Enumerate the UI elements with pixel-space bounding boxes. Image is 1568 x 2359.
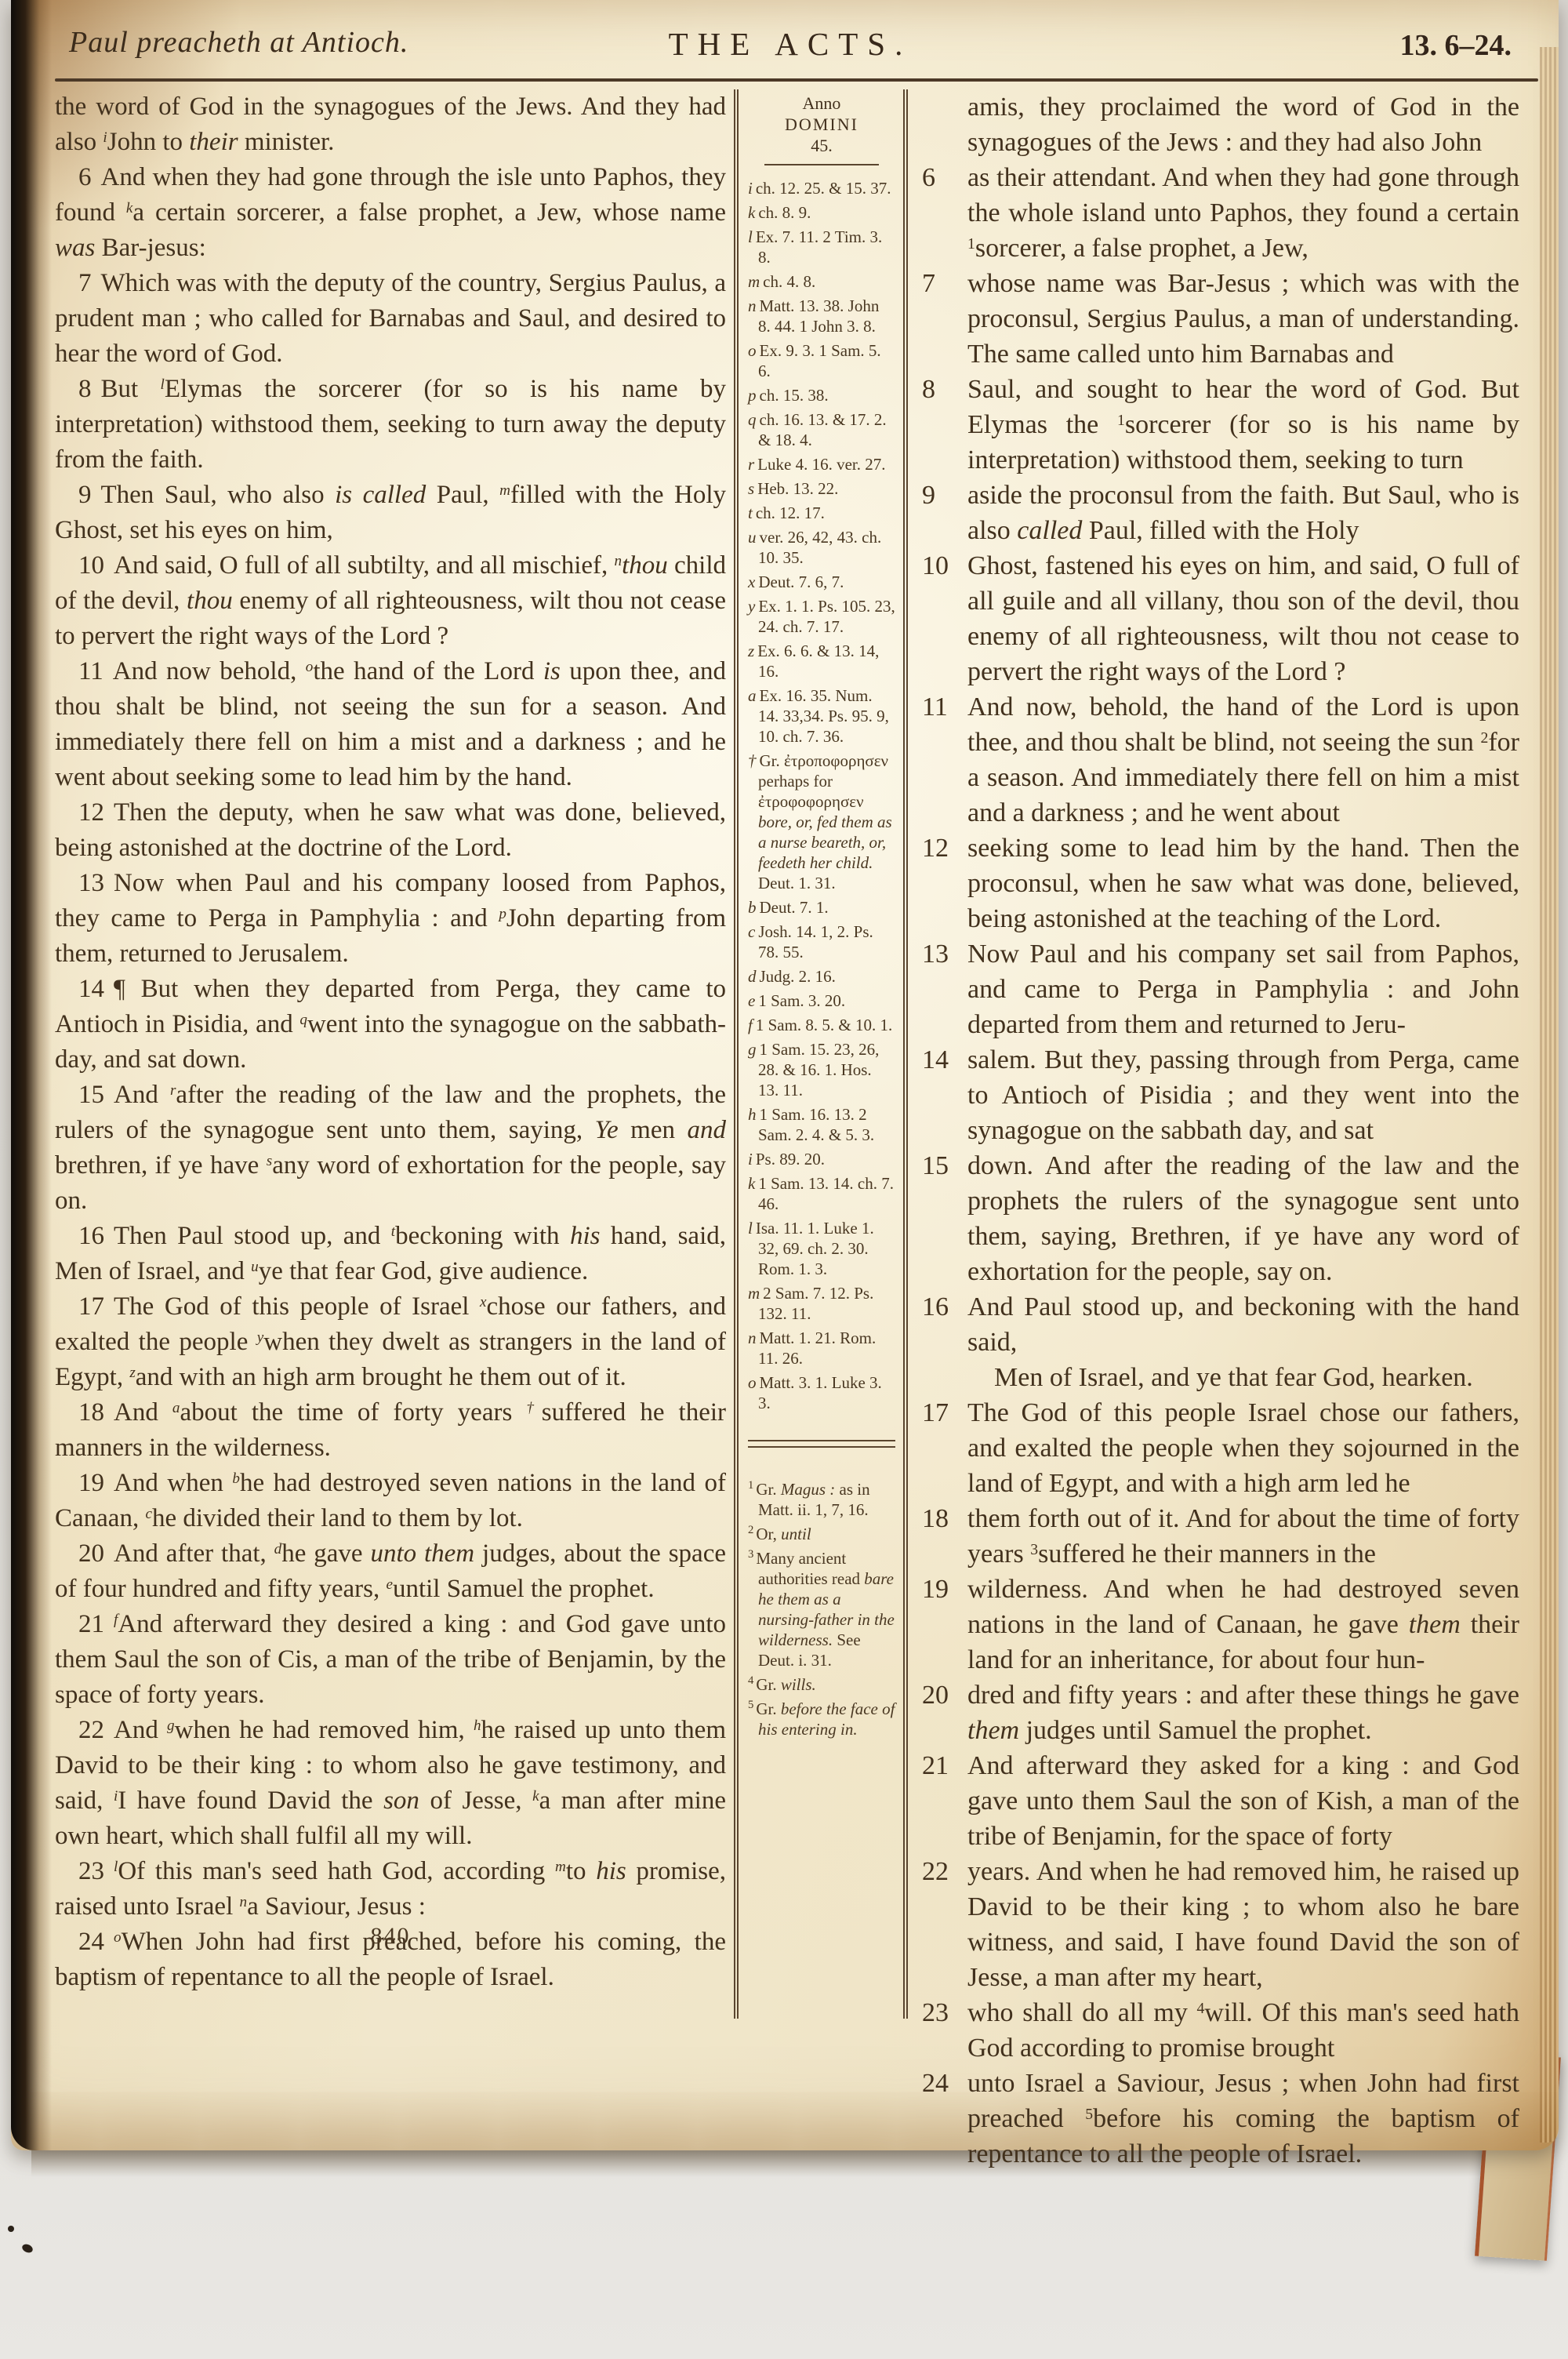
reference-letter: l xyxy=(748,227,756,246)
page-content: the word of God in the synagogues of the… xyxy=(55,89,1519,2172)
rv-verse: 17The God of this people Israel chose ou… xyxy=(920,1395,1519,1501)
reference-letter: t xyxy=(748,503,756,522)
reference-mark: t xyxy=(391,1223,395,1240)
reference-text: Ex. 7. 11. 2 Tim. 3. 8. xyxy=(756,227,882,267)
cross-reference-entry: oMatt. 3. 1. Luke 3. 3. xyxy=(748,1372,895,1413)
verse-text: aside the proconsul from the faith. But … xyxy=(967,481,1519,545)
verse-number: 19 xyxy=(78,1469,114,1497)
reference-mark: 3 xyxy=(1030,1541,1038,1558)
reference-text: ch. 4. 8. xyxy=(763,272,815,291)
reference-text: 1 Sam. 8. 5. & 10. 1. xyxy=(756,1016,892,1034)
reference-text: Deut. 7. 6, 7. xyxy=(758,572,844,591)
verse-number: 8 xyxy=(920,372,963,407)
verse-text: ¶ But when they departed from Perga, the… xyxy=(55,975,726,1074)
cross-reference-entry: m2 Sam. 7. 12. Ps. 132. 11. xyxy=(748,1283,895,1324)
rv-verse: 6as their attendant. And when they had g… xyxy=(920,160,1519,266)
verse-text: lOf this man's seed hath God, according … xyxy=(55,1857,726,1921)
verse-number: 17 xyxy=(78,1292,114,1321)
verse-number: 16 xyxy=(78,1222,114,1250)
verse-number: 23 xyxy=(78,1857,114,1885)
kjv-verse: the word of God in the synagogues of the… xyxy=(55,89,726,160)
reference-text: ch. 12. 25. & 15. 37. xyxy=(756,179,891,198)
cross-reference-entry: uver. 26, 42, 43. ch. 10. 35. xyxy=(748,527,895,568)
reference-letter: z xyxy=(748,642,757,660)
reference-mark: q xyxy=(299,1012,307,1028)
reference-mark: 1 xyxy=(967,235,975,253)
kjv-verse: 21fAnd afterward they desired a king : a… xyxy=(55,1607,726,1713)
kjv-verse: 13Now when Paul and his company loosed f… xyxy=(55,866,726,972)
verse-text: And rafter the reading of the law and th… xyxy=(55,1081,726,1215)
anno-domini-heading: Anno DOMINI 45. xyxy=(748,93,895,156)
reference-letter: 2 xyxy=(748,1524,756,1536)
footnote-entry: 5Gr. before the face of his entering in. xyxy=(748,1699,895,1739)
reference-letter: f xyxy=(748,1016,756,1034)
reference-letter: p xyxy=(748,386,760,405)
verse-text: as their attendant. And when they had go… xyxy=(967,163,1519,263)
verse-number: 18 xyxy=(78,1398,114,1427)
rv-verse: 9aside the proconsul from the faith. But… xyxy=(920,478,1519,548)
reference-letter: d xyxy=(748,967,760,986)
rv-verse: 14salem. But they, passing through from … xyxy=(920,1042,1519,1148)
cross-reference-entry: xDeut. 7. 6, 7. xyxy=(748,572,895,592)
verse-number: 22 xyxy=(78,1716,114,1744)
reference-letter: r xyxy=(748,455,757,474)
anno-rule xyxy=(764,164,880,165)
kjv-verse: 19And when bhe had destroyed seven natio… xyxy=(55,1466,726,1536)
reference-letter: u xyxy=(748,528,760,547)
reference-letter: m xyxy=(748,1284,763,1303)
kjv-verse: 11And now behold, othe hand of the Lord … xyxy=(55,654,726,795)
reference-letter: 1 xyxy=(748,1479,756,1492)
cross-reference-entry: zEx. 6. 6. & 13. 14, 16. xyxy=(748,641,895,682)
cross-reference-entry: pch. 15. 38. xyxy=(748,385,895,405)
running-header: Paul preacheth at Antioch. THE ACTS. 13.… xyxy=(69,25,1512,74)
book-page: Paul preacheth at Antioch. THE ACTS. 13.… xyxy=(11,0,1559,2150)
rv-verse: 19wilderness. And when he had destroyed … xyxy=(920,1572,1519,1677)
reference-text: Gr. before the face of his entering in. xyxy=(756,1699,895,1739)
verse-text: years. And when he had removed him, he r… xyxy=(967,1857,1519,1992)
reference-text: Gr. Magus : as in Matt. ii. 1, 7, 16. xyxy=(756,1480,869,1519)
rv-text-column: amis, they proclaimed the word of God in… xyxy=(920,89,1519,2172)
cross-reference-entry: sHeb. 13. 22. xyxy=(748,478,895,499)
reference-letter: q xyxy=(748,410,760,429)
kjv-verse: 10And said, O full of all subtilty, and … xyxy=(55,548,726,654)
reference-mark: 5 xyxy=(1085,2106,1093,2123)
reference-mark: l xyxy=(161,376,165,393)
cross-reference-entry: nMatt. 13. 38. John 8. 44. 1 John 3. 8. xyxy=(748,296,895,336)
kjv-verse: 18And aabout the time of forty years †su… xyxy=(55,1395,726,1466)
reference-mark: g xyxy=(167,1717,175,1734)
verse-number: 6 xyxy=(920,160,963,195)
rv-verse: 13Now Paul and his company set sail from… xyxy=(920,936,1519,1042)
verse-number: 21 xyxy=(78,1610,114,1638)
reference-letter: n xyxy=(748,296,760,315)
verse-text: Ghost, fastened his eyes on him, and sai… xyxy=(967,551,1519,686)
rv-verse: 20dred and fifty years : and after these… xyxy=(920,1677,1519,1748)
cross-reference-entry: lEx. 7. 11. 2 Tim. 3. 8. xyxy=(748,227,895,267)
reference-mark: p xyxy=(499,906,506,922)
verse-text: And when bhe had destroyed seven nations… xyxy=(55,1469,726,1532)
verse-text: wilderness. And when he had destroyed se… xyxy=(967,1575,1519,1674)
reference-mark: l xyxy=(114,1859,118,1875)
reference-letter: b xyxy=(748,898,760,917)
reference-text: Many ancient authorities read bare he th… xyxy=(756,1549,894,1670)
cross-reference-entry: rLuke 4. 16. ver. 27. xyxy=(748,454,895,474)
debris-speck xyxy=(21,2243,34,2255)
reference-letter: e xyxy=(748,991,758,1010)
reference-letter: i xyxy=(748,179,756,198)
reference-letter: h xyxy=(748,1105,760,1124)
verse-number: 7 xyxy=(78,269,101,297)
reference-divider xyxy=(748,1440,895,1448)
reference-text: Gr. ἐτροποφορησεν perhaps for ἐτροφοφορη… xyxy=(758,751,892,892)
reference-text: Matt. 1. 21. Rom. 11. 26. xyxy=(758,1329,876,1368)
verse-number: 21 xyxy=(920,1748,963,1783)
reference-mark: m xyxy=(555,1859,566,1875)
reference-mark: a xyxy=(172,1400,180,1416)
cross-reference-entry: h1 Sam. 16. 13. 2 Sam. 2. 4. & 5. 3. xyxy=(748,1104,895,1145)
verse-text: And aabout the time of forty years †suff… xyxy=(55,1398,726,1462)
rv-verse: 22years. And when he had removed him, he… xyxy=(920,1854,1519,1995)
cross-reference-entry: k1 Sam. 13. 14. ch. 7. 46. xyxy=(748,1173,895,1214)
verse-number: 7 xyxy=(920,266,963,301)
reference-letter: k xyxy=(748,203,758,222)
rv-verse: 18them forth out of it. And for about th… xyxy=(920,1501,1519,1572)
anno-line: 45. xyxy=(748,135,895,156)
cross-reference-entry: cJosh. 14. 1, 2. Ps. 78. 55. xyxy=(748,921,895,962)
rv-verse: Men of Israel, and ye that fear God, hea… xyxy=(920,1360,1519,1395)
reference-mark: † xyxy=(526,1400,541,1416)
verse-text: Now when Paul and his company loosed fro… xyxy=(55,869,726,968)
rv-footnotes: 1Gr. Magus : as in Matt. ii. 1, 7, 16.2O… xyxy=(748,1479,895,1739)
verse-text: seeking some to lead him by the hand. Th… xyxy=(967,834,1519,933)
kjv-verse: 15And rafter the reading of the law and … xyxy=(55,1078,726,1219)
verse-text: Men of Israel, and ye that fear God, hea… xyxy=(994,1363,1473,1392)
verse-text: Saul, and sought to hear the word of God… xyxy=(967,375,1519,474)
cross-reference-entry: ich. 12. 25. & 15. 37. xyxy=(748,178,895,198)
verse-number: 20 xyxy=(78,1539,114,1568)
verse-number: 9 xyxy=(78,481,101,509)
footnote-entry: 3Many ancient authorities read bare he t… xyxy=(748,1548,895,1670)
reference-mark: r xyxy=(170,1082,176,1099)
reference-text: 2 Sam. 7. 12. Ps. 132. 11. xyxy=(758,1284,873,1323)
verse-text: whose name was Bar-Jesus ; which was wit… xyxy=(967,269,1519,369)
reference-text: Ex. 16. 35. Num. 14. 33,34. Ps. 95. 9, 1… xyxy=(758,686,889,746)
verse-text: And said, O full of all subtilty, and al… xyxy=(55,551,726,650)
reference-mark: 4 xyxy=(1197,2000,1205,2017)
kjv-verse: 17The God of this people of Israel xchos… xyxy=(55,1289,726,1395)
reference-text: Judg. 2. 16. xyxy=(760,967,836,986)
verse-number: 9 xyxy=(920,478,963,513)
reference-text: ch. 16. 13. & 17. 2. & 18. 4. xyxy=(758,410,887,449)
cross-reference-entry: oEx. 9. 3. 1 Sam. 5. 6. xyxy=(748,340,895,381)
reference-mark: n xyxy=(615,553,622,569)
verse-number: 20 xyxy=(920,1677,963,1713)
reference-text: Matt. 3. 1. Luke 3. 3. xyxy=(758,1373,882,1412)
reference-text: 1 Sam. 13. 14. ch. 7. 46. xyxy=(758,1174,894,1213)
cross-reference-entry: g1 Sam. 15. 23, 26, 28. & 16. 1. Hos. 13… xyxy=(748,1039,895,1100)
verse-number: 13 xyxy=(920,936,963,972)
reference-mark: 2 xyxy=(1480,729,1488,747)
reference-letter: o xyxy=(748,1373,760,1392)
cross-reference-entry: bDeut. 7. 1. xyxy=(748,897,895,918)
verse-text: fAnd afterward they desired a king : and… xyxy=(55,1610,726,1709)
cross-reference-entry: yEx. 1. 1. Ps. 105. 23, 24. ch. 7. 17. xyxy=(748,596,895,637)
reference-text: 1 Sam. 15. 23, 26, 28. & 16. 1. Hos. 13.… xyxy=(758,1040,879,1100)
reference-mark: b xyxy=(232,1470,240,1487)
anno-line: Anno xyxy=(748,93,895,114)
reference-letter: 3 xyxy=(748,1548,756,1561)
reference-text: ch. 12. 17. xyxy=(756,503,825,522)
reference-mark: i xyxy=(103,129,107,146)
rv-verse: 12seeking some to lead him by the hand. … xyxy=(920,831,1519,936)
verse-number: 18 xyxy=(920,1501,963,1536)
verse-text: The God of this people of Israel xchose … xyxy=(55,1292,726,1391)
reference-text: Ps. 89. 20. xyxy=(756,1150,825,1169)
reference-mark: i xyxy=(114,1788,118,1805)
reference-mark: z xyxy=(129,1365,135,1381)
reference-text: Heb. 13. 22. xyxy=(757,479,838,498)
cross-reference-entry: aEx. 16. 35. Num. 14. 33,34. Ps. 95. 9, … xyxy=(748,685,895,747)
verse-number: 22 xyxy=(920,1854,963,1889)
kjv-verse: 9Then Saul, who also is called Paul, mfi… xyxy=(55,478,726,548)
verse-number: 15 xyxy=(78,1081,114,1109)
cross-reference-entry: qch. 16. 13. & 17. 2. & 18. 4. xyxy=(748,409,895,450)
reference-text: Ex. 1. 1. Ps. 105. 23, 24. ch. 7. 17. xyxy=(758,597,895,636)
reference-mark: s xyxy=(267,1153,272,1169)
verse-text: amis, they proclaimed the word of God in… xyxy=(967,93,1519,157)
reference-mark: x xyxy=(480,1294,487,1310)
reference-text: Isa. 11. 1. Luke 1. 32, 69. ch. 2. 30. R… xyxy=(756,1219,874,1278)
reference-mark: k xyxy=(532,1788,539,1805)
reference-text: 1 Sam. 16. 13. 2 Sam. 2. 4. & 5. 3. xyxy=(758,1105,874,1144)
cross-references: ich. 12. 25. & 15. 37.kch. 8. 9.lEx. 7. … xyxy=(748,178,895,1413)
verse-text: And now behold, othe hand of the Lord is… xyxy=(55,657,726,791)
rv-verse: 8Saul, and sought to hear the word of Go… xyxy=(920,372,1519,478)
verse-number: 14 xyxy=(78,975,114,1003)
verse-number: 8 xyxy=(78,375,101,403)
verse-text: Then the deputy, when he saw what was do… xyxy=(55,798,726,862)
reference-letter: s xyxy=(748,479,757,498)
verse-number: 13 xyxy=(78,869,114,897)
footnote-entry: 2Or, until xyxy=(748,1524,895,1544)
page-number: 840 xyxy=(55,1923,726,1950)
reference-text: Or, until xyxy=(756,1525,811,1543)
verse-number: 10 xyxy=(78,551,114,580)
reference-column: Anno DOMINI 45. ich. 12. 25. & 15. 37.kc… xyxy=(734,89,908,2019)
cross-reference-entry: †Gr. ἐτροποφορησεν perhaps for ἐτροφοφορ… xyxy=(748,751,895,893)
reference-text: Matt. 13. 38. John 8. 44. 1 John 3. 8. xyxy=(758,296,879,336)
reference-text: Gr. wills. xyxy=(756,1675,815,1694)
anno-line: DOMINI xyxy=(748,114,895,135)
reference-letter: 4 xyxy=(748,1674,756,1687)
kjv-verse: 22And gwhen he had removed him, hhe rais… xyxy=(55,1713,726,1854)
kjv-verse: 23lOf this man's seed hath God, accordin… xyxy=(55,1854,726,1925)
kjv-verse: 14¶ But when they departed from Perga, t… xyxy=(55,972,726,1078)
cross-reference-entry: dJudg. 2. 16. xyxy=(748,966,895,987)
rv-verse: 16And Paul stood up, and beckoning with … xyxy=(920,1289,1519,1360)
reference-letter: c xyxy=(748,922,758,941)
reference-text: 1 Sam. 3. 20. xyxy=(758,991,845,1010)
chapter-verse-range: 13. 6–24. xyxy=(1400,28,1512,63)
reference-letter: y xyxy=(748,597,758,616)
verse-number: 14 xyxy=(920,1042,963,1078)
verse-text: down. And after the reading of the law a… xyxy=(967,1151,1519,1286)
rv-verse: amis, they proclaimed the word of God in… xyxy=(920,89,1519,160)
reference-text: Luke 4. 16. ver. 27. xyxy=(757,455,885,474)
verse-number: 15 xyxy=(920,1148,963,1183)
verse-text: And gwhen he had removed him, hhe raised… xyxy=(55,1716,726,1850)
cross-reference-entry: f1 Sam. 8. 5. & 10. 1. xyxy=(748,1015,895,1035)
rv-verse: 24unto Israel a Saviour, Jesus ; when Jo… xyxy=(920,2066,1519,2172)
reference-letter: x xyxy=(748,572,758,591)
reference-letter: a xyxy=(748,686,760,705)
verse-number: 19 xyxy=(920,1572,963,1607)
verse-text: And Paul stood up, and beckoning with th… xyxy=(967,1292,1519,1357)
rv-verse: 7whose name was Bar-Jesus ; which was wi… xyxy=(920,266,1519,372)
verse-number: 12 xyxy=(78,798,114,827)
kjv-verse: 7Which was with the deputy of the countr… xyxy=(55,266,726,372)
verse-text: Then Saul, who also is called Paul, mfil… xyxy=(55,481,726,544)
verse-number: 10 xyxy=(920,548,963,583)
verse-text: salem. But they, passing through from Pe… xyxy=(967,1045,1519,1145)
kjv-verse: 12Then the deputy, when he saw what was … xyxy=(55,795,726,866)
reference-letter: n xyxy=(748,1329,760,1347)
verse-number: 17 xyxy=(920,1395,963,1430)
reference-mark: f xyxy=(114,1612,118,1628)
verse-text: The God of this people Israel chose our … xyxy=(967,1398,1519,1498)
verse-text: Now Paul and his company set sail from P… xyxy=(967,940,1519,1039)
reference-letter: † xyxy=(748,751,760,770)
verse-text: And now, behold, the hand of the Lord is… xyxy=(967,692,1519,827)
verse-number: 11 xyxy=(920,689,963,725)
reference-text: ch. 8. 9. xyxy=(758,203,811,222)
reference-mark: u xyxy=(251,1259,259,1275)
reference-mark: o xyxy=(306,659,314,675)
book-spine-shadow xyxy=(11,0,52,2150)
verse-text: And after that, dhe gave unto them judge… xyxy=(55,1539,726,1603)
rv-verse: 15down. And after the reading of the law… xyxy=(920,1148,1519,1289)
reference-mark: e xyxy=(386,1576,393,1593)
book-title: THE ACTS. xyxy=(69,25,1512,63)
verse-text: Then Paul stood up, and tbeckoning with … xyxy=(55,1222,726,1285)
reference-mark: d xyxy=(274,1541,282,1558)
verse-number: 16 xyxy=(920,1289,963,1325)
reference-text: Deut. 7. 1. xyxy=(760,898,829,917)
verse-text: And when they had gone through the isle … xyxy=(55,163,726,262)
verse-text: And afterward they asked for a king : an… xyxy=(967,1751,1519,1851)
footnote-entry: 4Gr. wills. xyxy=(748,1674,895,1695)
footnote-entry: 1Gr. Magus : as in Matt. ii. 1, 7, 16. xyxy=(748,1479,895,1520)
rv-verse: 10Ghost, fastened his eyes on him, and s… xyxy=(920,548,1519,689)
reference-mark: 1 xyxy=(1117,412,1125,429)
reference-letter: i xyxy=(748,1150,756,1169)
verse-text: them forth out of it. And for about the … xyxy=(967,1504,1519,1568)
page-stack-edge xyxy=(1540,47,1559,2143)
cross-reference-entry: iPs. 89. 20. xyxy=(748,1149,895,1169)
verse-number: 24 xyxy=(920,2066,963,2101)
reference-text: Ex. 9. 3. 1 Sam. 5. 6. xyxy=(758,341,881,380)
header-rule xyxy=(55,78,1538,82)
verse-text: But lElymas the sorcerer (for so is his … xyxy=(55,375,726,474)
reference-mark: c xyxy=(145,1506,152,1522)
verse-text: the word of God in the synagogues of the… xyxy=(55,93,726,156)
verse-number: 23 xyxy=(920,1995,963,2030)
reference-mark: h xyxy=(474,1717,481,1734)
verse-text: Which was with the deputy of the country… xyxy=(55,269,726,368)
kjv-verse: 20And after that, dhe gave unto them jud… xyxy=(55,1536,726,1607)
verse-number: 11 xyxy=(78,657,113,685)
reference-text: Josh. 14. 1, 2. Ps. 78. 55. xyxy=(758,922,873,961)
rv-verse: 11And now, behold, the hand of the Lord … xyxy=(920,689,1519,831)
cross-reference-entry: mch. 4. 8. xyxy=(748,271,895,292)
reference-text: ver. 26, 42, 43. ch. 10. 35. xyxy=(758,528,881,567)
debris-speck xyxy=(8,2226,14,2232)
kjv-text-column: the word of God in the synagogues of the… xyxy=(55,89,726,2172)
cross-reference-entry: nMatt. 1. 21. Rom. 11. 26. xyxy=(748,1328,895,1369)
reference-letter: k xyxy=(748,1174,758,1193)
cross-reference-entry: e1 Sam. 3. 20. xyxy=(748,990,895,1011)
reference-letter: o xyxy=(748,341,760,360)
kjv-verse: 16Then Paul stood up, and tbeckoning wit… xyxy=(55,1219,726,1289)
reference-mark: m xyxy=(499,482,510,499)
kjv-verse: 6And when they had gone through the isle… xyxy=(55,160,726,266)
reference-mark: n xyxy=(240,1894,248,1910)
cross-reference-entry: lIsa. 11. 1. Luke 1. 32, 69. ch. 2. 30. … xyxy=(748,1218,895,1279)
cross-reference-entry: kch. 8. 9. xyxy=(748,202,895,223)
rv-verse: 23who shall do all my 4will. Of this man… xyxy=(920,1995,1519,2066)
reference-letter: g xyxy=(748,1040,760,1059)
verse-text: dred and fifty years : and after these t… xyxy=(967,1681,1519,1745)
reference-text: ch. 15. 38. xyxy=(760,386,829,405)
reference-letter: 5 xyxy=(748,1699,756,1711)
reference-letter: l xyxy=(748,1219,756,1238)
cross-reference-entry: tch. 12. 17. xyxy=(748,503,895,523)
reference-letter: m xyxy=(748,272,763,291)
kjv-verse: 8But lElymas the sorcerer (for so is his… xyxy=(55,372,726,478)
verse-text: who shall do all my 4will. Of this man's… xyxy=(967,1998,1519,2063)
rv-verse: 21And afterward they asked for a king : … xyxy=(920,1748,1519,1854)
verse-number: 6 xyxy=(78,163,101,191)
reference-text: Ex. 6. 6. & 13. 14, 16. xyxy=(757,642,879,681)
verse-number: 12 xyxy=(920,831,963,866)
reference-mark: y xyxy=(257,1329,264,1346)
reference-mark: k xyxy=(126,200,133,216)
verse-text: unto Israel a Saviour, Jesus ; when John… xyxy=(967,2069,1519,2168)
